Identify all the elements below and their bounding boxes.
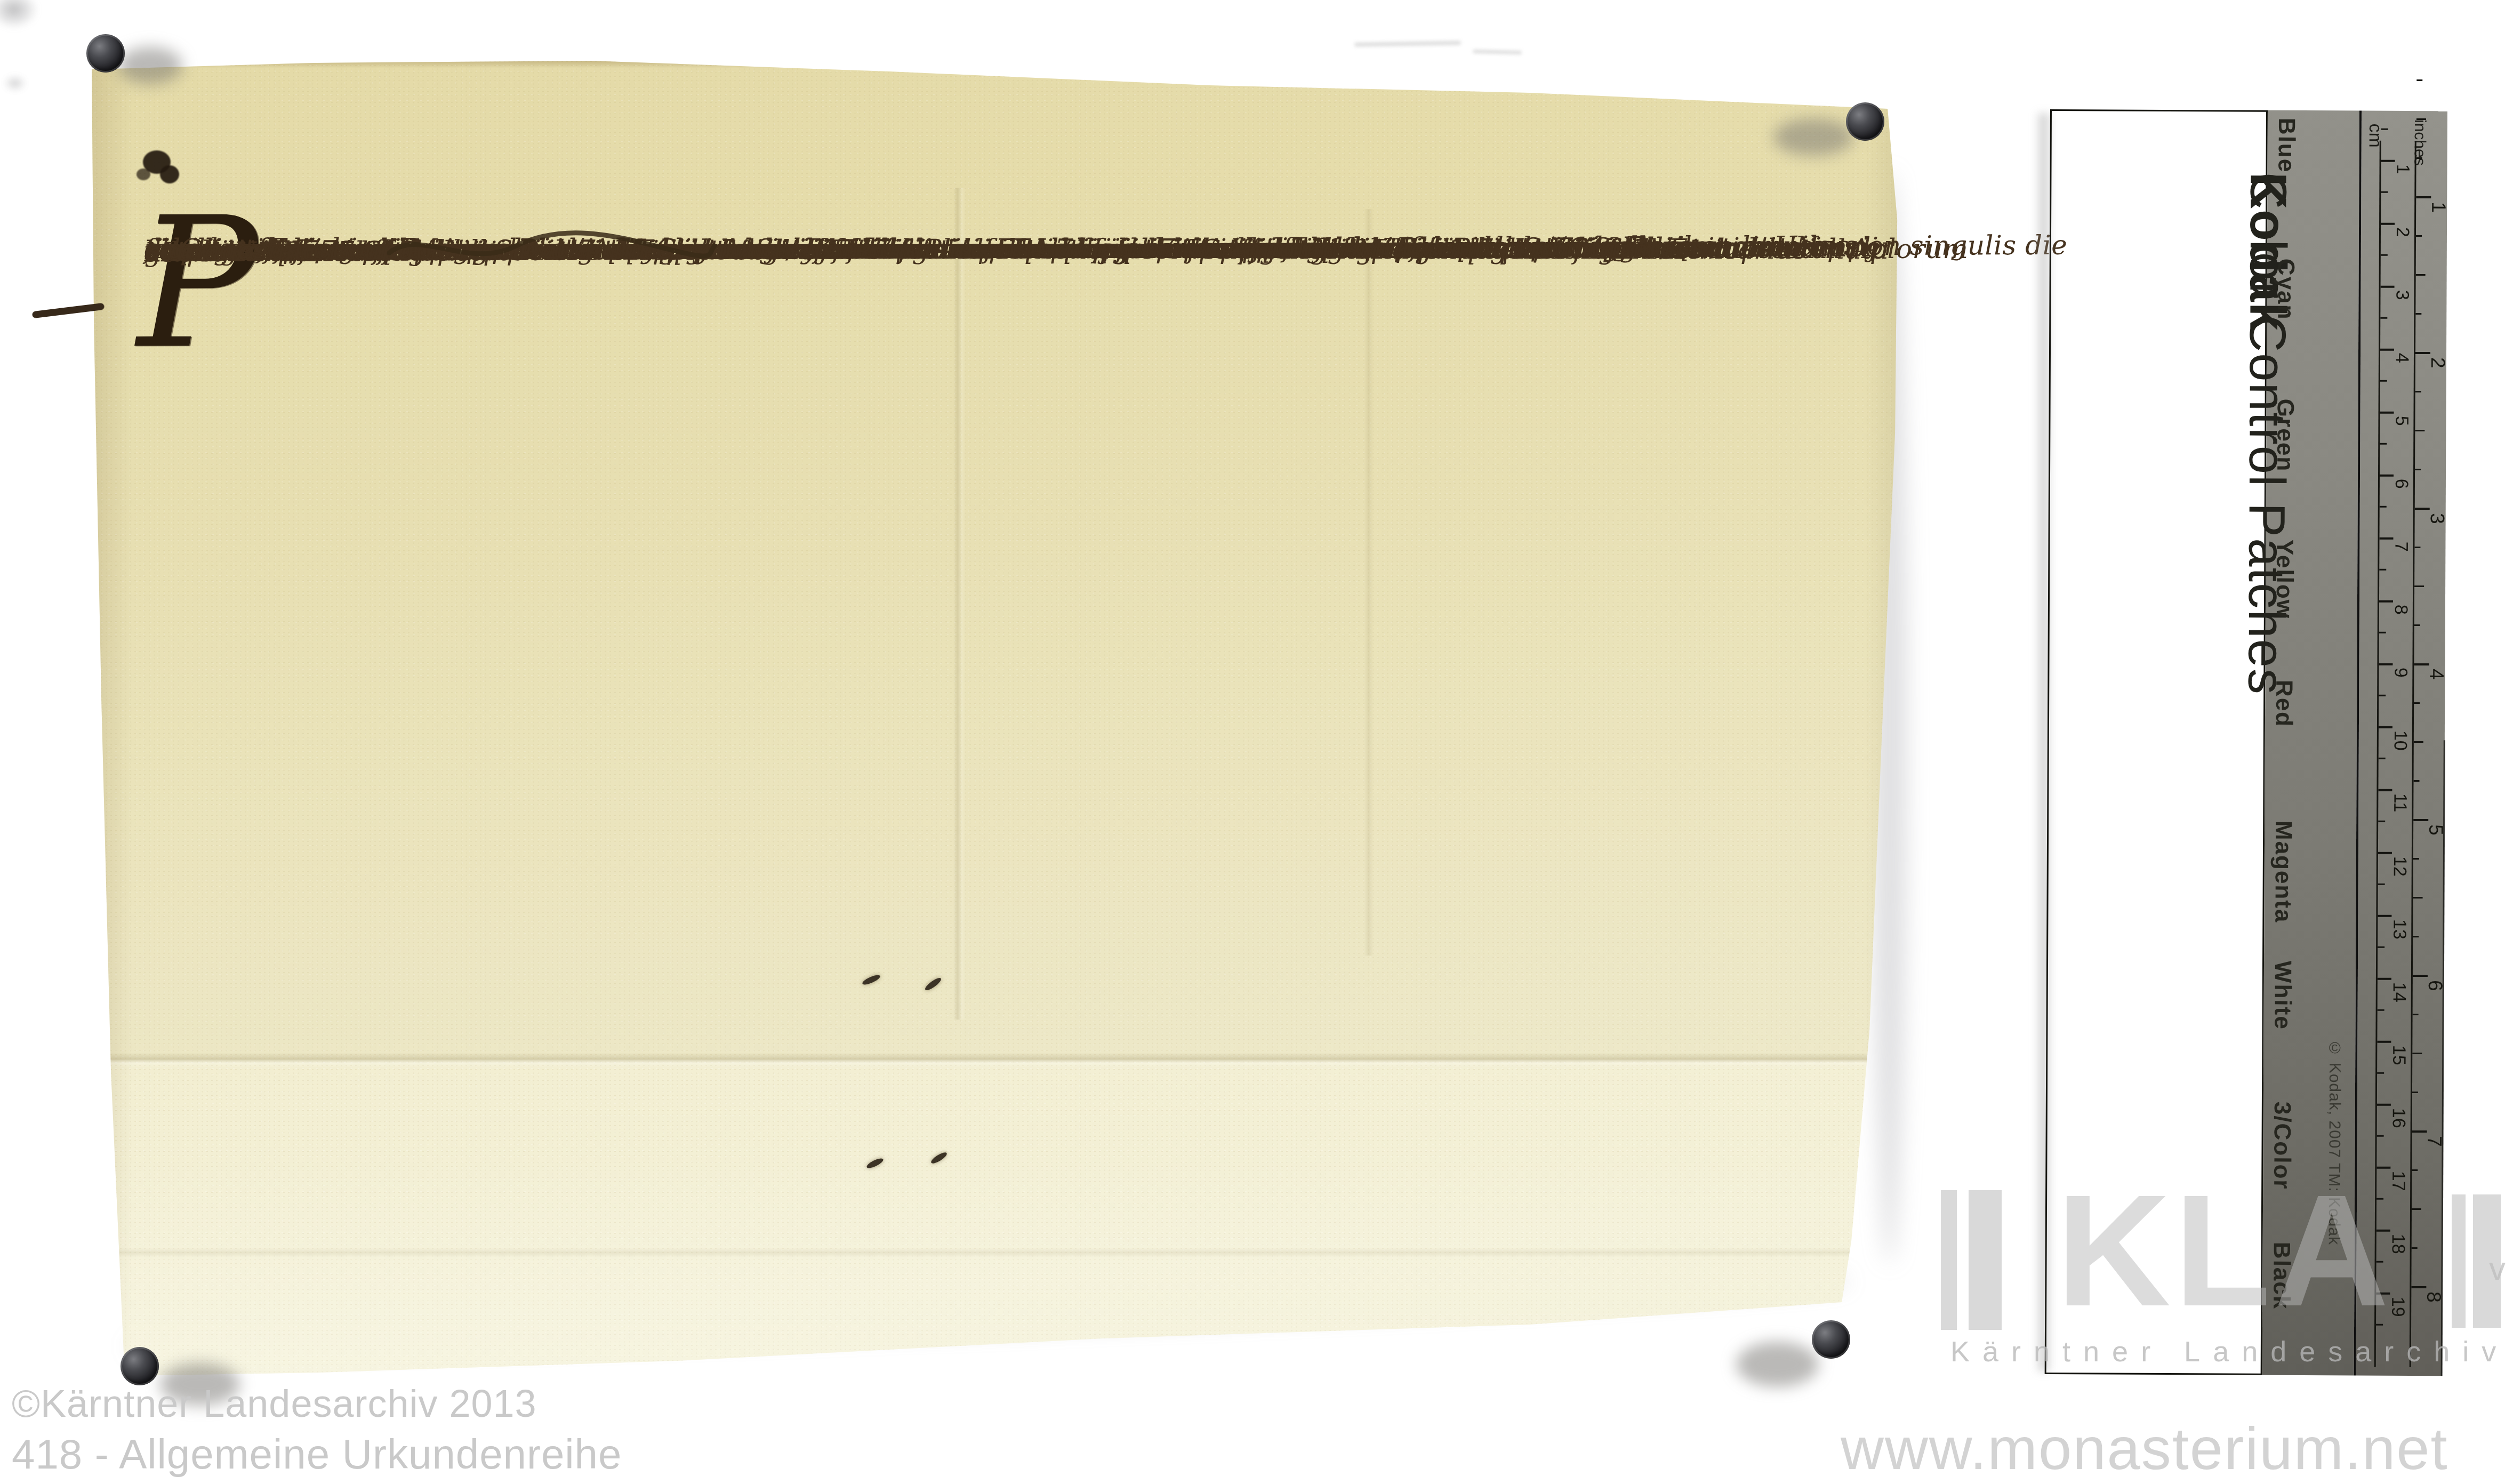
inch-half-tick — [2415, 430, 2424, 431]
archive-copyright: ©Kärntner Landesarchiv 2013 — [12, 1382, 537, 1426]
patch-label: Blue — [2273, 118, 2299, 173]
inch-quarter-tick — [2415, 391, 2421, 392]
inch-quarter-tick — [2414, 547, 2420, 548]
inch-quarter-tick — [2413, 858, 2419, 860]
cm-tick — [2381, 223, 2395, 225]
cm-number: 10 — [2390, 731, 2411, 751]
inch-number: 5 — [2424, 824, 2447, 836]
inch-half-tick — [2414, 585, 2424, 587]
inch-number: 6 — [2424, 980, 2446, 991]
inch-number: 8 — [2422, 1292, 2445, 1303]
cm-half-tick — [2381, 254, 2388, 256]
cm-tick — [2380, 475, 2394, 477]
patch-label: Cyan — [2272, 258, 2299, 320]
cm-half-tick — [2381, 191, 2388, 193]
inch-quarter-tick — [2413, 1014, 2419, 1015]
corner-pin — [1812, 1320, 1850, 1359]
corner-pin — [1846, 102, 1884, 141]
faint-pencil-note — [1473, 50, 1522, 54]
cm-tick — [2379, 663, 2392, 665]
patch-label: Magenta — [2269, 821, 2297, 924]
patch-strong-green — [2052, 111, 2164, 111]
cm-half-tick — [2377, 1135, 2384, 1137]
cm-tick — [2381, 286, 2395, 288]
cm-number: 16 — [2388, 1108, 2409, 1128]
cm-number: 11 — [2389, 793, 2410, 812]
inch-quarter-tick — [2414, 780, 2420, 782]
ruler-inch-line — [2410, 141, 2416, 1367]
kla-logo-text: KLA — [2056, 1171, 2392, 1331]
inch-quarter-tick — [2412, 1247, 2418, 1249]
inch-quarter-tick — [2414, 702, 2420, 704]
cm-number: 5 — [2391, 416, 2412, 426]
cm-tick — [2379, 726, 2392, 728]
inch-quarter-tick — [2415, 313, 2421, 315]
cm-half-tick — [2380, 443, 2387, 445]
inch-tick — [2411, 1286, 2426, 1288]
cm-tick — [2379, 600, 2393, 603]
drop-cap-initial: P — [137, 203, 259, 363]
cm-number: 13 — [2389, 919, 2410, 940]
faint-pencil-note — [1354, 41, 1461, 46]
kla-logo-bar — [1941, 1190, 1957, 1330]
patch-strong-black — [2052, 111, 2164, 111]
cm-number: 7 — [2390, 542, 2411, 552]
patch-strong-magenta — [2052, 111, 2164, 111]
kla-subtitle-watermark: Kärntner Landesarchiv — [1950, 1335, 2509, 1368]
inch-number: 2 — [2427, 357, 2449, 368]
cm-half-tick — [2378, 821, 2385, 822]
cm-tick — [2379, 538, 2393, 540]
patch-label: Red — [2270, 680, 2297, 727]
inch-quarter-tick — [2416, 235, 2422, 237]
inch-quarter-tick — [2414, 624, 2420, 626]
pin-shadow — [1736, 1342, 1819, 1387]
scribal-flourish — [387, 230, 718, 273]
cm-number: 2 — [2392, 227, 2413, 237]
cm-number: 8 — [2390, 605, 2411, 615]
kla-logo-bar — [2452, 1194, 2466, 1328]
cm-half-tick — [2380, 317, 2387, 319]
cm-tick — [2378, 915, 2391, 917]
inch-tick — [2415, 508, 2430, 510]
inch-quarter-tick — [2412, 1169, 2418, 1171]
inch-half-tick — [2416, 118, 2426, 120]
ruler-unit-cm: cm — [2365, 124, 2386, 148]
inch-half-tick — [2413, 897, 2423, 899]
inch-tick — [2416, 196, 2431, 198]
pin-shadow — [1773, 118, 1853, 156]
cm-number: 14 — [2389, 982, 2410, 1002]
inch-quarter-tick — [2412, 1092, 2418, 1093]
patch-label: Yellow — [2271, 539, 2298, 619]
cm-tick — [2377, 1041, 2391, 1043]
cm-tick — [2378, 852, 2392, 854]
inch-half-tick — [2416, 274, 2426, 276]
inch-number: 4 — [2425, 669, 2447, 680]
inch-quarter-tick — [2416, 157, 2422, 159]
pin-shadow — [118, 47, 182, 84]
cm-number: 3 — [2391, 290, 2412, 300]
cm-half-tick — [2381, 129, 2388, 130]
inch-tick — [2413, 819, 2428, 821]
cm-number: 15 — [2388, 1045, 2409, 1065]
patch-strong-yellow — [2052, 111, 2164, 111]
scanner-smudge — [0, 0, 38, 29]
cm-half-tick — [2379, 695, 2386, 696]
scanner-smudge — [3, 75, 27, 92]
cm-half-tick — [2379, 569, 2386, 571]
cm-tick — [2378, 978, 2391, 980]
ink-mark — [32, 303, 105, 318]
cm-tick — [2380, 412, 2394, 414]
ruler-edge-line — [2441, 740, 2445, 1376]
patch-strong-blue — [2052, 111, 2164, 111]
inch-quarter-tick — [2413, 936, 2419, 937]
cm-tick — [2380, 349, 2394, 351]
inch-quarter-tick — [2416, 79, 2422, 81]
cm-number: 6 — [2391, 479, 2412, 489]
patch-strong-red — [2052, 111, 2164, 111]
corner-pin — [121, 1347, 159, 1385]
patch-strong-cyan — [2052, 111, 2164, 111]
cm-number: 4 — [2391, 353, 2412, 363]
inch-number: 7 — [2423, 1136, 2446, 1147]
corner-pin — [86, 34, 125, 73]
cm-half-tick — [2379, 632, 2386, 633]
cm-half-tick — [2380, 380, 2387, 382]
cm-tick — [2377, 1104, 2391, 1106]
cm-half-tick — [2378, 1009, 2384, 1011]
cm-half-tick — [2378, 946, 2384, 948]
cm-half-tick — [2378, 884, 2385, 885]
kla-logo-bar — [1969, 1190, 2002, 1330]
cm-half-tick — [2380, 506, 2387, 508]
inch-number: 1 — [2427, 202, 2450, 213]
kla-logo-mark: v — [2489, 1250, 2506, 1288]
patch-label: White — [2269, 961, 2296, 1030]
cm-half-tick — [2377, 1072, 2384, 1074]
inch-tick — [2415, 352, 2430, 354]
patch-label: Green — [2271, 399, 2299, 472]
website-watermark: www.monasterium.net — [1841, 1414, 2448, 1483]
cm-tick — [2378, 789, 2392, 791]
inch-half-tick — [2412, 1208, 2421, 1210]
patch-strong-white — [2052, 111, 2164, 111]
manuscript-text-block: P ascasius dei 7 apostolice Sedis gra Ep… — [144, 231, 1872, 907]
patch-strong-3-color — [2052, 111, 2164, 111]
cm-number: 1 — [2392, 164, 2413, 174]
inch-number: 3 — [2426, 513, 2448, 524]
inch-half-tick — [2412, 1053, 2422, 1054]
cm-number: 9 — [2390, 668, 2411, 678]
inch-tick — [2413, 975, 2428, 977]
inch-half-tick — [2414, 741, 2423, 743]
inch-tick — [2414, 663, 2429, 665]
inch-quarter-tick — [2415, 469, 2421, 470]
cm-half-tick — [2379, 758, 2386, 759]
archive-series-label: 418 - Allgemeine Urkundenreihe — [12, 1430, 622, 1479]
cm-tick — [2381, 160, 2395, 162]
cm-number: 12 — [2389, 856, 2410, 877]
inch-tick — [2412, 1130, 2427, 1133]
scan-page: P ascasius dei 7 apostolice Sedis gra Ep… — [0, 0, 2513, 1484]
